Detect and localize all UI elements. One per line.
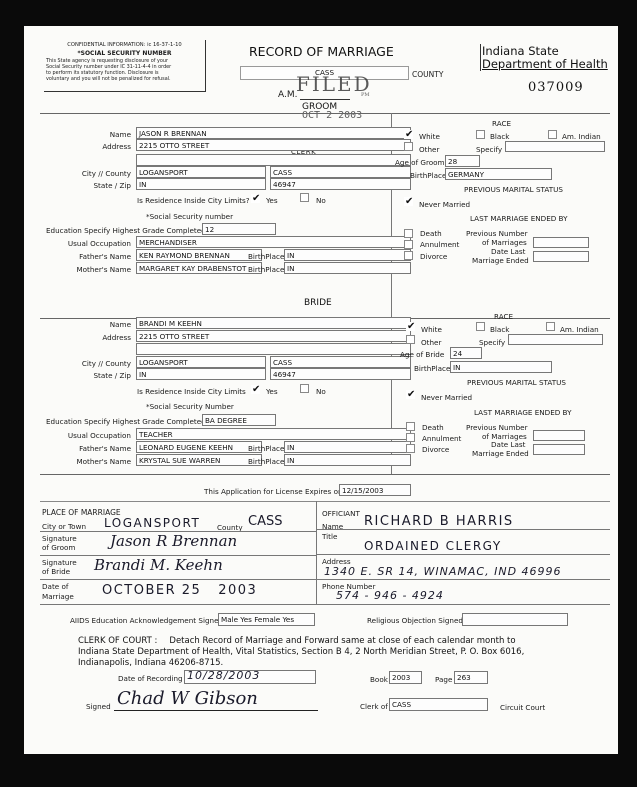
bride-city-field[interactable]: LOGANSPORT [136, 356, 266, 368]
confidential-notice: CONFIDENTIAL INFORMATION: ic 16-37-1-10 … [44, 40, 206, 92]
bride-occupation-label: Usual Occupation [68, 431, 131, 440]
groom-prev-number-field[interactable] [533, 237, 589, 248]
bride-annulment-checkbox[interactable] [406, 433, 415, 442]
groom-name-field[interactable]: JASON R BRENNAN [136, 127, 411, 139]
bride-city-county-label: City // County [82, 359, 131, 368]
groom-birthplace-field[interactable]: GERMANY [445, 168, 552, 180]
groom-county-field[interactable]: CASS [270, 166, 411, 178]
bride-race-specify-label: Specify [479, 338, 505, 347]
groom-race-specify-field[interactable] [505, 141, 605, 152]
stamp-date: OCT 2 2003 [302, 110, 362, 121]
bride-section-title: BRIDE [304, 298, 332, 308]
groom-father-label: Father's Name [79, 252, 131, 261]
sig-bride-value: Brandi M. Keehn [94, 556, 223, 574]
bride-father-birthplace-field[interactable]: IN [284, 441, 411, 453]
aids-field[interactable]: Male Yes Female Yes [218, 613, 315, 626]
groom-mother-birthplace-label: BirthPlace [248, 265, 284, 274]
groom-annulment-label: Annulment [420, 240, 459, 249]
groom-prev-number-label1: Previous Number [466, 229, 528, 238]
groom-address-label: Address [102, 142, 131, 151]
bride-race-specify-field[interactable] [508, 334, 603, 345]
bride-father-field[interactable]: LEONARD EUGENE KEEHN [136, 441, 262, 453]
recording-field[interactable]: 10/28/2003 [184, 670, 316, 684]
bride-race-black-label: Black [490, 325, 509, 334]
groom-state-field[interactable]: IN [136, 178, 266, 190]
bride-prev-number-label1: Previous Number [466, 423, 528, 432]
bride-prev-number-field[interactable] [533, 430, 585, 441]
groom-never-married-checkbox[interactable]: ✔ [404, 197, 413, 206]
groom-race-title: RACE [492, 119, 511, 128]
clerk-of-label: Clerk of [360, 702, 388, 711]
groom-ended-title: LAST MARRIAGE ENDED BY [470, 214, 567, 223]
groom-race-white-label: White [419, 132, 440, 141]
bride-residence-label: Is Residence Inside City Limits [137, 387, 246, 396]
bride-race-am-indian-checkbox[interactable] [546, 322, 555, 331]
bride-zip-field[interactable]: 46947 [270, 368, 411, 380]
groom-father-field[interactable]: KEN RAYMOND BRENNAN [136, 249, 262, 261]
place-county-value: CASS [248, 514, 282, 529]
bride-birthplace-label: BirthPlace [414, 364, 450, 373]
license-expires-label: This Application for License Expires on [204, 487, 343, 496]
book-label: Book [370, 675, 388, 684]
groom-race-am-indian-checkbox[interactable] [548, 130, 557, 139]
stamp-pm: PM [361, 92, 369, 98]
bride-residence-no-label: No [316, 387, 326, 396]
bride-name-field[interactable]: BRANDI M KEEHN [136, 317, 411, 329]
bride-ended-title: LAST MARRIAGE ENDED BY [474, 408, 571, 417]
groom-race-specify-label: Specify [476, 145, 502, 154]
clerk-line1: Detach Record of Marriage and Forward sa… [169, 636, 515, 646]
groom-city-field[interactable]: LOGANSPORT [136, 166, 266, 178]
bride-race-other-label: Other [421, 338, 441, 347]
officiant-title-label: Title [322, 532, 337, 541]
license-expires-field[interactable]: 12/15/2003 [339, 484, 411, 496]
bride-address-field[interactable]: 2215 OTTO STREET [136, 330, 411, 342]
bride-residence-yes-checkbox[interactable]: ✔ [251, 385, 260, 394]
groom-father-birthplace-field[interactable]: IN [284, 249, 411, 261]
bride-race-white-checkbox[interactable]: ✔ [406, 322, 415, 331]
marriage-record-form: CONFIDENTIAL INFORMATION: ic 16-37-1-10 … [24, 26, 618, 754]
place-city-value: LOGANSPORT [104, 516, 200, 530]
date-marriage-label2: Marriage [42, 592, 74, 601]
record-number: 037009 [528, 80, 584, 95]
groom-race-black-checkbox[interactable] [476, 130, 485, 139]
bride-ssn-label: *Social Security Number [146, 402, 234, 411]
signed-value: Chad W Gibson [117, 688, 258, 709]
groom-date-last-label2: Marriage Ended [472, 256, 529, 265]
officiant-title: OFFICIANT [322, 509, 360, 518]
groom-state-zip-label: State / Zip [94, 181, 132, 190]
confidential-line1: CONFIDENTIAL INFORMATION: ic 16-37-1-10 [44, 42, 205, 48]
groom-name-label: Name [110, 130, 131, 139]
bride-father-label: Father's Name [79, 444, 131, 453]
groom-education-field[interactable]: 12 [202, 223, 276, 235]
date-marriage-label1: Date of [42, 582, 68, 591]
groom-father-birthplace-label: BirthPlace [248, 252, 284, 261]
signed-label: Signed [86, 702, 111, 711]
bride-birthplace-field[interactable]: IN [450, 361, 552, 373]
bride-age-field[interactable]: 24 [450, 347, 482, 359]
bride-state-field[interactable]: IN [136, 368, 266, 380]
page-label: Page [435, 675, 452, 684]
groom-never-married-label: Never Married [419, 200, 470, 209]
stamp-am: A.M. [278, 90, 298, 100]
groom-marital-title: PREVIOUS MARITAL STATUS [464, 185, 563, 194]
bride-father-birthplace-label: BirthPlace [248, 444, 284, 453]
groom-date-last-label1: Date Last [491, 247, 525, 256]
groom-race-other-label: Other [419, 145, 439, 154]
bride-address2-field[interactable] [136, 343, 411, 355]
bride-name-label: Name [110, 320, 131, 329]
county-label: COUNTY [412, 70, 443, 79]
clerk-line3: Indianapolis, Indiana 46206-8715. [78, 658, 598, 669]
groom-occupation-field[interactable]: MERCHANDISER [136, 236, 411, 248]
groom-residence-yes-label: Yes [266, 196, 278, 205]
recording-value: 10/28/2003 [187, 670, 260, 682]
bride-death-label: Death [422, 423, 444, 432]
groom-mother-birthplace-field[interactable]: IN [284, 262, 411, 274]
bride-mother-birthplace-label: BirthPlace [248, 457, 284, 466]
bride-education-label: Education Specify Highest Grade Complete… [46, 417, 206, 426]
groom-address2-field[interactable] [136, 154, 411, 166]
confidential-line2: *SOCIAL SECURITY NUMBER [44, 50, 205, 57]
confidential-body-4: voluntary and you will not be penalized … [46, 76, 205, 82]
bride-residence-yes-label: Yes [266, 387, 278, 396]
date-marriage-value: OCTOBER 25 2003 [102, 583, 257, 598]
sig-groom-label2: of Groom [42, 543, 75, 552]
circuit-court-label: Circuit Court [500, 703, 545, 712]
bride-address-label: Address [102, 333, 131, 342]
bride-occupation-field[interactable]: TEACHER [136, 428, 411, 440]
groom-occupation-label: Usual Occupation [68, 239, 131, 248]
religious-label: Religious Objection Signed [367, 616, 463, 625]
bride-marital-title: PREVIOUS MARITAL STATUS [467, 378, 566, 387]
officiant-phone-value: 574 - 946 - 4924 [336, 589, 444, 602]
clerk-instructions: CLERK OF COURT :Detach Record of Marriag… [78, 636, 598, 669]
clerk-line2: Indiana State Department of Health, Vita… [78, 647, 598, 658]
bride-age-label: Age of Bride [400, 350, 444, 359]
clerk-lead: CLERK OF COURT : [78, 636, 157, 646]
bride-education-field[interactable]: BA DEGREE [202, 414, 276, 426]
sig-groom-value: Jason R Brennan [110, 532, 237, 550]
groom-birthplace-label: BirthPlace [410, 171, 446, 180]
groom-zip-field[interactable]: 46947 [270, 178, 411, 190]
clerk-of-field[interactable]: CASS [389, 698, 488, 711]
groom-annulment-checkbox[interactable] [404, 240, 413, 249]
bride-never-married-checkbox[interactable]: ✔ [406, 390, 415, 399]
groom-mother-label: Mother's Name [76, 265, 131, 274]
bride-divorce-checkbox[interactable] [406, 444, 415, 453]
place-city-label: City or Town [42, 522, 86, 531]
groom-address-field[interactable]: 2215 OTTO STREET [136, 139, 411, 151]
groom-divorce-label: Divorce [420, 252, 447, 261]
groom-race-white-checkbox[interactable]: ✔ [404, 130, 413, 139]
groom-mother-field[interactable]: MARGARET KAY DRABENSTOT [136, 262, 262, 274]
groom-race-am-indian-label: Am. Indian [562, 132, 601, 141]
bride-race-white-label: White [421, 325, 442, 334]
bride-mother-label: Mother's Name [76, 457, 131, 466]
bride-race-other-checkbox[interactable] [406, 335, 415, 344]
bride-state-zip-label: State / Zip [94, 371, 132, 380]
groom-city-county-label: City // County [82, 169, 131, 178]
bride-residence-no-checkbox[interactable] [300, 384, 309, 393]
page-field[interactable]: 263 [454, 671, 488, 684]
groom-prev-number-label2: of Marriages [482, 238, 527, 247]
bride-county-field[interactable]: CASS [270, 356, 411, 368]
agency-line1: Indiana State [480, 44, 559, 58]
bride-never-married-label: Never Married [421, 393, 472, 402]
agency-line2: Department of Health [480, 57, 608, 71]
bride-race-title: RACE [494, 312, 513, 321]
bride-date-last-label1: Date Last [491, 440, 525, 449]
groom-age-field[interactable]: 28 [445, 155, 480, 167]
officiant-name-value: RICHARD B HARRIS [364, 514, 514, 529]
groom-death-label: Death [420, 229, 442, 238]
groom-date-last-field[interactable] [533, 251, 589, 262]
groom-education-label: Education Specify Highest Grade Complete… [46, 226, 206, 235]
groom-residence-yes-checkbox[interactable]: ✔ [251, 194, 260, 203]
groom-divorce-checkbox[interactable] [404, 251, 413, 260]
recording-label: Date of Recording [118, 674, 183, 683]
groom-residence-no-checkbox[interactable] [300, 193, 309, 202]
officiant-title-value: ORDAINED CLERGY [364, 539, 502, 553]
groom-race-black-label: Black [490, 132, 509, 141]
groom-residence-label: Is Residence Inside City Limits? [137, 196, 250, 205]
bride-race-black-checkbox[interactable] [476, 322, 485, 331]
groom-race-other-checkbox[interactable] [404, 142, 413, 151]
aids-label: AIIDS Education Acknowledgement Signed [70, 616, 223, 625]
sig-bride-label2: of Bride [42, 567, 70, 576]
groom-ssn-label: *Social Security number [146, 212, 233, 221]
book-field[interactable]: 2003 [389, 671, 422, 684]
groom-age-label: Age of Groom [395, 158, 445, 167]
page-title: RECORD OF MARRIAGE [249, 44, 394, 59]
sig-bride-label1: Signature [42, 558, 77, 567]
sig-groom-label1: Signature [42, 534, 77, 543]
officiant-address-value: 1340 E. SR 14, WINAMAC, IND 46996 [324, 565, 562, 578]
bride-mother-birthplace-field[interactable]: IN [284, 454, 411, 466]
bride-mother-field[interactable]: KRYSTAL SUE WARREN [136, 454, 262, 466]
groom-residence-no-label: No [316, 196, 326, 205]
bride-race-am-indian-label: Am. Indian [560, 325, 599, 334]
bride-divorce-label: Divorce [422, 445, 449, 454]
bride-date-last-field[interactable] [533, 444, 585, 455]
religious-field[interactable] [462, 613, 568, 626]
bride-annulment-label: Annulment [422, 434, 461, 443]
bride-date-last-label2: Marriage Ended [472, 449, 529, 458]
groom-death-checkbox[interactable] [404, 229, 413, 238]
bride-death-checkbox[interactable] [406, 422, 415, 431]
